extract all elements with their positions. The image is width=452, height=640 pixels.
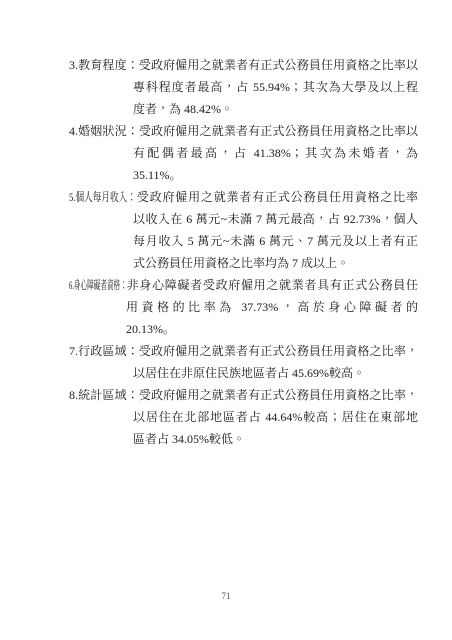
text-line: 每月收入 5 萬元~未滿 6 萬元、7 萬元及以上者有正 [69,230,418,252]
text-line: 區者占 34.05%較低。 [69,428,418,450]
item-number-label: 3.教育程度： [69,58,139,72]
item-text: 受政府僱用之就業者有正式公務員任用資格之比率， [139,344,418,358]
item-number-label: 5.個人每月收入： [69,186,136,208]
list-item-marital-status: 4.婚姻狀況：受政府僱用之就業者有正式公務員任用資格之比率以 有配偶者最高，占 … [69,120,418,186]
text-line: 6.身心障礙者資格：非身心障礙者受政府僱用之就業者具有正式公務員任 [69,274,418,296]
text-line: 式公務員任用資格之比率均為 7 成以上。 [69,252,418,274]
text-line: 度者，為 48.42%。 [69,98,418,120]
document-body: 3.教育程度：受政府僱用之就業者有正式公務員任用資格之比率以 專科程度者最高，占… [69,54,418,450]
list-item-statistical-region: 8.統計區域：受政府僱用之就業者有正式公務員任用資格之比率， 以居住在北部地區者… [69,384,418,450]
item-text: 受政府僱用之就業者有正式公務員任用資格之比率以 [139,124,418,138]
text-line: 7.行政區域：受政府僱用之就業者有正式公務員任用資格之比率， [69,340,418,362]
item-text: 非身心障礙者受政府僱用之就業者具有正式公務員任 [126,278,418,292]
list-item-administrative-region: 7.行政區域：受政府僱用之就業者有正式公務員任用資格之比率， 以居住在非原住民族… [69,340,418,384]
item-text: 受政府僱用之就業者有正式公務員任用資格之比率以 [139,58,418,72]
text-line: 用資格的比率為 37.73%，高於身心障礙者的 [69,296,418,318]
item-number-label: 4.婚姻狀況： [69,124,139,138]
text-line: 20.13%。 [69,318,418,340]
text-line: 有配偶者最高，占 41.38%；其次為未婚者，為 [69,142,418,164]
item-number-label: 6.身心障礙者資格： [69,274,127,296]
item-number-label: 8.統計區域： [69,388,139,402]
item-text: 受政府僱用之就業者有正式公務員任用資格之比率， [139,388,418,402]
text-line: 以收入在 6 萬元~未滿 7 萬元最高，占 92.73%，個人 [69,208,418,230]
document-page: 3.教育程度：受政府僱用之就業者有正式公務員任用資格之比率以 專科程度者最高，占… [0,0,452,640]
item-number-label: 7.行政區域： [69,344,139,358]
text-line: 5.個人每月收入：受政府僱用之就業者有正式公務員任用資格之比率 [69,186,418,208]
text-line: 4.婚姻狀況：受政府僱用之就業者有正式公務員任用資格之比率以 [69,120,418,142]
page-number: 71 [0,590,452,602]
item-text: 受政府僱用之就業者有正式公務員任用資格之比率 [136,190,418,204]
text-line: 35.11%。 [69,164,418,186]
text-line: 以居住在非原住民族地區者占 45.69%較高。 [69,362,418,384]
text-line: 3.教育程度：受政府僱用之就業者有正式公務員任用資格之比率以 [69,54,418,76]
list-item-disability-status: 6.身心障礙者資格：非身心障礙者受政府僱用之就業者具有正式公務員任 用資格的比率… [69,274,418,340]
text-line: 以居住在北部地區者占 44.64%較高；居住在東部地 [69,406,418,428]
list-item-monthly-income: 5.個人每月收入：受政府僱用之就業者有正式公務員任用資格之比率 以收入在 6 萬… [69,186,418,274]
list-item-education: 3.教育程度：受政府僱用之就業者有正式公務員任用資格之比率以 專科程度者最高，占… [69,54,418,120]
text-line: 專科程度者最高，占 55.94%；其次為大學及以上程 [69,76,418,98]
text-line: 8.統計區域：受政府僱用之就業者有正式公務員任用資格之比率， [69,384,418,406]
